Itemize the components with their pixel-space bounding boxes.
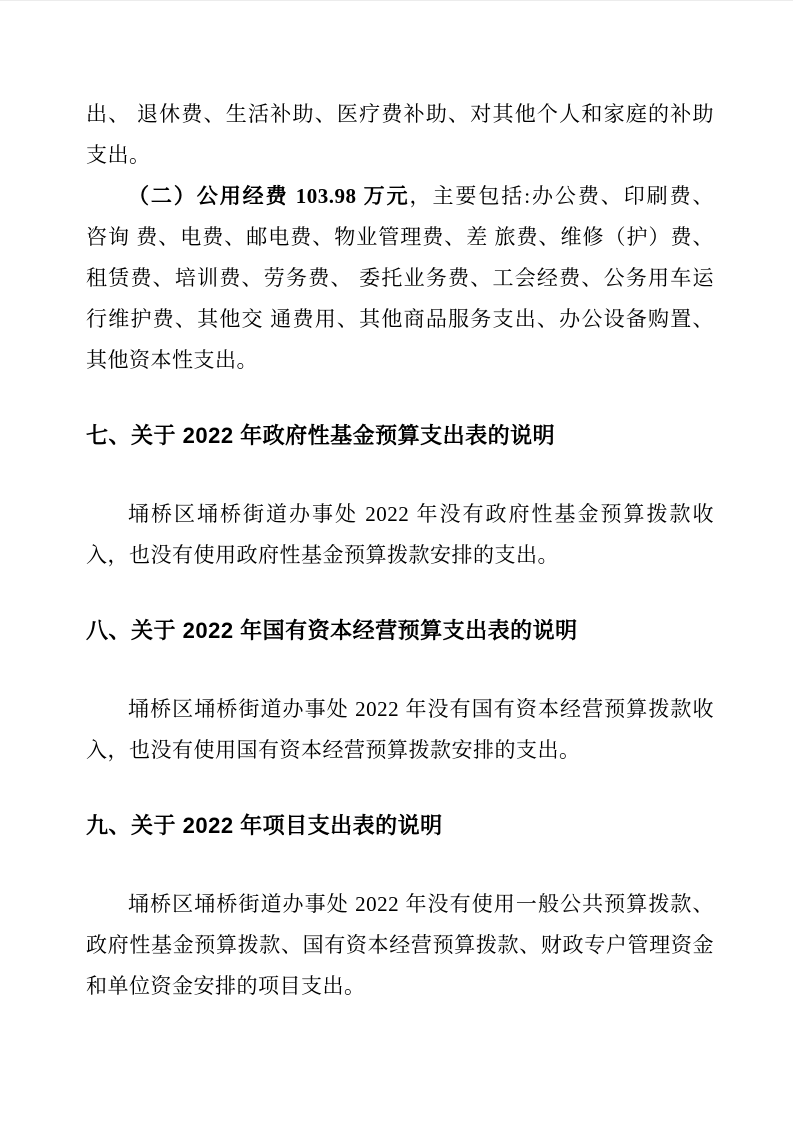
section-7-paragraph-line-1: 埇桥区埇桥街道办事处 2022 年没有政府性基金预算拨款收 <box>86 494 714 535</box>
public-expense-lead-line: （二）公用经费 103.98 万元，主要包括:办公费、印刷费、 <box>86 176 714 217</box>
public-expense-line-4: 行维护费、其他交 通费用、其他商品服务支出、办公设备购置、 <box>86 299 714 340</box>
carryover-paragraph-line-2: 支出。 <box>86 135 714 176</box>
section-8-paragraph-line-1: 埇桥区埇桥街道办事处 2022 年没有国有资本经营预算拨款收 <box>86 689 714 730</box>
carryover-paragraph-line-1: 出、 退休费、生活补助、医疗费补助、对其他个人和家庭的补助 <box>86 94 714 135</box>
section-7-heading: 七、关于 2022 年政府性基金预算支出表的说明 <box>86 415 714 456</box>
section-8-heading: 八、关于 2022 年国有资本经营预算支出表的说明 <box>86 610 714 651</box>
public-expense-line-3: 租赁费、培训费、劳务费、 委托业务费、工会经费、公务用车运 <box>86 258 714 299</box>
section-9-paragraph-line-2: 政府性基金预算拨款、国有资本经营预算拨款、财政专户管理资金 <box>86 925 714 966</box>
public-expense-bold-lead: （二）公用经费 103.98 万元 <box>128 184 410 208</box>
section-7-paragraph-line-2: 入，也没有使用政府性基金预算拨款安排的支出。 <box>86 535 714 576</box>
section-8-paragraph-line-2: 入，也没有使用国有资本经营预算拨款安排的支出。 <box>86 730 714 771</box>
public-expense-line-5: 其他资本性支出。 <box>86 340 714 381</box>
document-body: 出、 退休费、生活补助、医疗费补助、对其他个人和家庭的补助 支出。 （二）公用经… <box>0 1 793 1122</box>
public-expense-lead-rest: ，主要包括:办公费、印刷费、 <box>410 184 714 208</box>
section-9-paragraph-line-3: 和单位资金安排的项目支出。 <box>86 966 714 1007</box>
section-9-paragraph-line-1: 埇桥区埇桥街道办事处 2022 年没有使用一般公共预算拨款、 <box>86 884 714 925</box>
public-expense-line-2: 咨询 费、电费、邮电费、物业管理费、差 旅费、维修（护）费、 <box>86 217 714 258</box>
section-9-heading: 九、关于 2022 年项目支出表的说明 <box>86 805 714 846</box>
document-page: 出、 退休费、生活补助、医疗费补助、对其他个人和家庭的补助 支出。 （二）公用经… <box>0 0 793 1122</box>
